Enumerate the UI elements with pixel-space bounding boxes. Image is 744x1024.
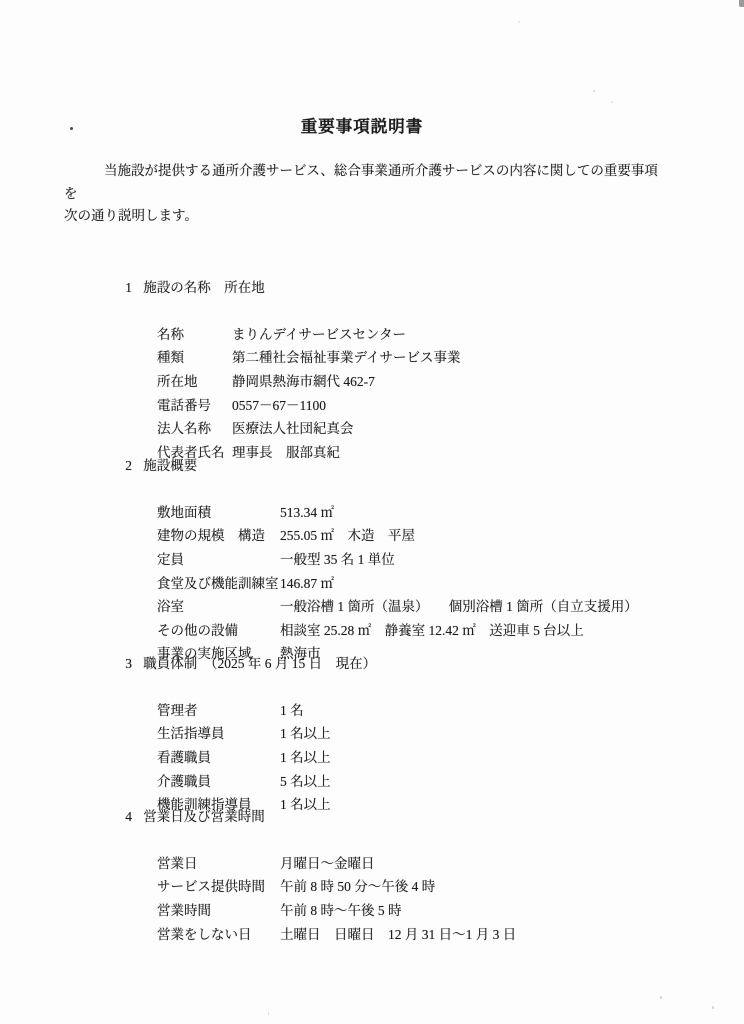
field-value: 146.87 ㎡ [280,572,334,596]
section-heading: 2施設概要 [0,430,744,501]
field-label: 名称 [157,323,232,347]
field-row: 管理者1 名 [0,699,744,723]
field-row: 建物の規模 構造255.05 ㎡ 木造 平屋 [0,524,744,548]
field-value: 土曜日 日曜日 12 月 31 日～1 月 3 日 [280,923,516,947]
section-heading: 1施設の名称 所在地 [0,252,744,323]
section-number: 4 [125,805,143,829]
field-row: 所在地静岡県熱海市網代 462-7 [0,370,744,394]
field-label: 建物の規模 構造 [157,524,280,548]
field-value: 1 名以上 [280,746,331,770]
field-row: 敷地面積513.34 ㎡ [0,501,744,525]
field-label: 食堂及び機能訓練室 [157,572,280,596]
field-row: 営業時間午前 8 時～午後 5 時 [0,899,744,923]
scanned-document-page: 重要事項説明書 当施設が提供する通所介護サービス、総合事業通所介護サービスの内容… [0,0,744,1024]
field-value: 513.34 ㎡ [280,501,334,525]
field-row: 食堂及び機能訓練室146.87 ㎡ [0,572,744,596]
section-heading: 4営業日及び営業時間 [0,781,744,852]
section-title: 施設概要 [143,458,197,473]
field-value: 1 名以上 [280,722,331,746]
scan-speck [593,90,595,92]
field-label: 浴室 [157,595,280,619]
section-number: 1 [125,276,143,300]
section-heading: 3職員体制 （2025 年 6 月 15 日 現在） [0,628,744,699]
field-row: 浴室一般浴槽 1 箇所（温泉） 個別浴槽 1 箇所（自立支援用） [0,595,744,619]
field-label: 生活指導員 [157,722,280,746]
scan-speck [70,127,73,130]
field-label: 営業時間 [157,899,280,923]
scan-speck [712,1006,714,1009]
field-row: 営業日月曜日～金曜日 [0,852,744,876]
field-value: 午前 8 時～午後 5 時 [280,899,402,923]
field-value: 第二種社会福祉事業デイサービス事業 [232,346,461,370]
section-number: 2 [125,454,143,478]
field-value: 0557－67－1100 [232,394,326,418]
field-value: 一般型 35 名 1 単位 [280,548,395,572]
scan-speck [611,101,613,103]
field-label: 種類 [157,346,232,370]
scan-speck [268,1012,269,1015]
field-row: 生活指導員1 名以上 [0,722,744,746]
document-section: 4営業日及び営業時間 営業日月曜日～金曜日 サービス提供時間午前 8 時 50 … [0,781,744,946]
field-row: 名称まりんデイサービスセンター [0,323,744,347]
field-label: 電話番号 [157,394,232,418]
field-value: 午前 8 時 50 分～午後 4 時 [280,875,435,899]
section-number: 3 [125,652,143,676]
section-title: 施設の名称 所在地 [143,280,265,295]
field-value: まりんデイサービスセンター [232,323,406,347]
section-rows: 営業日月曜日～金曜日 サービス提供時間午前 8 時 50 分～午後 4 時 営業… [0,852,744,946]
field-value: 1 名 [280,699,304,723]
field-label: 定員 [157,548,280,572]
field-label: 敷地面積 [157,501,280,525]
field-row: 看護職員1 名以上 [0,746,744,770]
section-title: 職員体制 （2025 年 6 月 15 日 現在） [143,656,376,671]
section-title: 営業日及び営業時間 [143,809,265,824]
scan-speck [518,21,520,23]
field-label: 管理者 [157,699,280,723]
field-row: 営業をしない日土曜日 日曜日 12 月 31 日～1 月 3 日 [0,923,744,947]
field-label: 看護職員 [157,746,280,770]
field-value: 一般浴槽 1 箇所（温泉） 個別浴槽 1 箇所（自立支援用） [280,595,638,619]
field-label: 営業日 [157,852,280,876]
field-row: 種類第二種社会福祉事業デイサービス事業 [0,346,744,370]
field-value: 255.05 ㎡ 木造 平屋 [280,524,415,548]
field-value: 静岡県熱海市網代 462-7 [232,370,375,394]
field-row: 定員一般型 35 名 1 単位 [0,548,744,572]
field-row: 電話番号0557－67－1100 [0,394,744,418]
scan-speck [660,996,662,999]
field-label: 所在地 [157,370,232,394]
document-sections: 1施設の名称 所在地 名称まりんデイサービスセンター 種類第二種社会福祉事業デイ… [0,0,744,1024]
scan-corner-artifact [739,0,744,7]
field-label: 営業をしない日 [157,923,280,947]
field-label: サービス提供時間 [157,875,280,899]
field-row: サービス提供時間午前 8 時 50 分～午後 4 時 [0,875,744,899]
field-value: 月曜日～金曜日 [280,852,375,876]
